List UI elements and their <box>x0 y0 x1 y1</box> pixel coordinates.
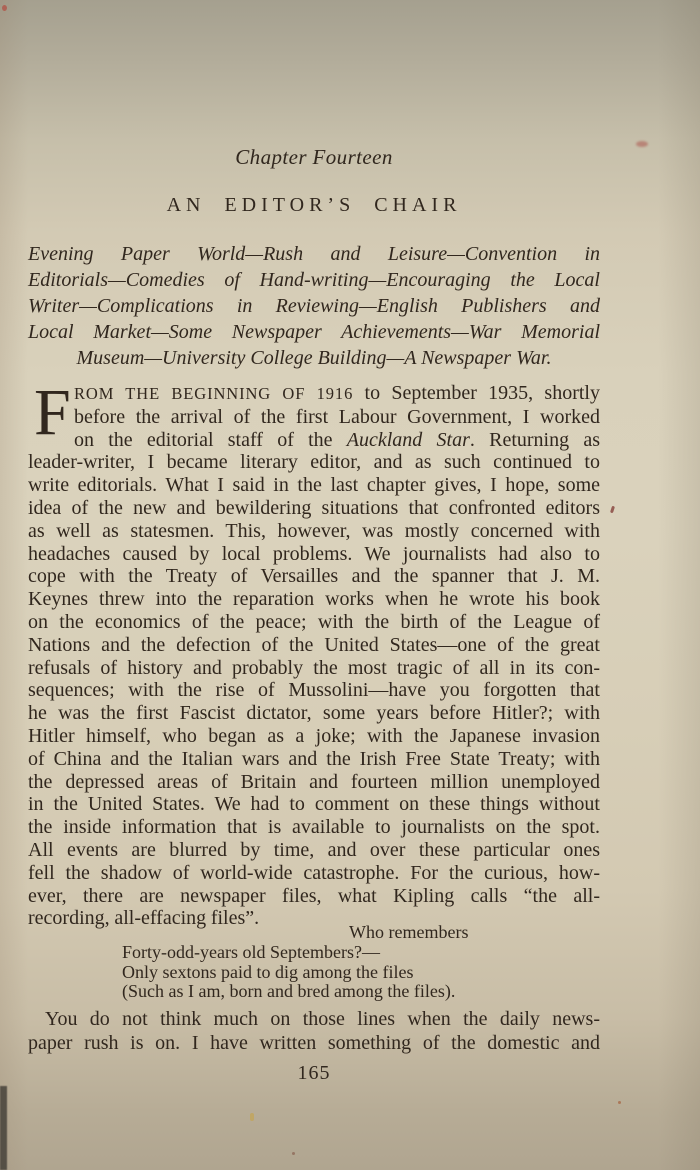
text-line: Editorials—Comedies of Hand-writing—Enco… <box>28 267 600 293</box>
text-line: write editorials. What I said in the las… <box>28 474 600 497</box>
text-segment: Auckland Star <box>347 429 470 451</box>
text-segment: Writer—Complications in Reviewing—Englis… <box>28 295 600 317</box>
text-segment: paper rush is on. I have written somethi… <box>28 1032 600 1054</box>
text-segment: Editorials—Comedies of Hand-writing—Enco… <box>28 269 600 291</box>
text-segment: on the economics of the peace; with the … <box>28 611 600 633</box>
drop-cap-letter: F <box>34 383 71 443</box>
text-segment: he was the first Fascist dictator, some … <box>28 702 600 724</box>
binding-shadow <box>0 1086 7 1170</box>
page-number: 165 <box>28 1062 600 1085</box>
text-line: Who remembers <box>122 923 562 943</box>
text-segment: write editorials. What I said in the las… <box>28 474 600 496</box>
text-segment: ROM THE BEGINNING OF 1916 <box>74 384 353 403</box>
body-paragraph: F ROM THE BEGINNING OF 1916 to September… <box>28 382 600 930</box>
text-segment: Only sextons paid to dig among the files <box>122 962 413 982</box>
text-segment: the inside information that is available… <box>28 816 600 838</box>
ink-speck <box>2 5 7 11</box>
text-line: idea of the new and bewildering situatio… <box>28 497 600 520</box>
text-line: before the arrival of the first Labour G… <box>28 406 600 429</box>
text-line: on the economics of the peace; with the … <box>28 611 600 634</box>
text-line: ever, there are newspaper files, what Ki… <box>28 885 600 908</box>
body-paragraph-lines: ROM THE BEGINNING OF 1916 to September 1… <box>28 382 600 930</box>
text-segment: Hitler himself, who began as a joke; wit… <box>28 725 600 747</box>
closing-paragraph: You do not think much on those lines whe… <box>28 1008 600 1055</box>
text-line: Hitler himself, who began as a joke; wit… <box>28 725 600 748</box>
text-line: paper rush is on. I have written somethi… <box>28 1032 600 1056</box>
text-line: Forty-odd-years old Septembers?— <box>122 943 562 963</box>
text-line: he was the first Fascist dictator, some … <box>28 702 600 725</box>
text-line: Nations and the defection of the United … <box>28 634 600 657</box>
text-line: fell the shadow of world-wide catastroph… <box>28 862 600 885</box>
ink-speck <box>610 506 615 514</box>
text-segment: Who remembers <box>349 922 468 942</box>
text-line: in the United States. We had to comment … <box>28 793 600 816</box>
text-segment: cope with the Treaty of Versailles and t… <box>28 565 600 587</box>
text-segment: Forty-odd-years old Septembers?— <box>122 942 380 962</box>
text-line: Museum—University College Building—A New… <box>28 345 600 371</box>
text-line: sequences; with the rise of Mussolini—ha… <box>28 679 600 702</box>
ink-speck <box>292 1152 295 1155</box>
text-line: All events are blurred by time, and over… <box>28 839 600 862</box>
text-segment: in the United States. We had to comment … <box>28 793 600 815</box>
text-segment: ever, there are newspaper files, what Ki… <box>28 885 600 907</box>
chapter-heading: Chapter Fourteen <box>28 145 600 170</box>
chapter-title: AN EDITOR’S CHAIR <box>28 194 600 217</box>
text-line: ROM THE BEGINNING OF 1916 to September 1… <box>28 382 600 406</box>
verse-quotation: Who remembersForty-odd-years old Septemb… <box>122 923 562 1002</box>
text-line: Only sextons paid to dig among the files <box>122 963 562 983</box>
text-line: the depressed areas of Britain and fourt… <box>28 771 600 794</box>
chapter-summary: Evening Paper World—Rush and Leisure—Con… <box>28 241 600 371</box>
text-line: Writer—Complications in Reviewing—Englis… <box>28 293 600 319</box>
text-segment: idea of the new and bewildering situatio… <box>28 497 600 519</box>
text-line: of China and the Italian wars and the Ir… <box>28 748 600 771</box>
text-segment: headaches caused by local problems. We j… <box>28 543 600 565</box>
text-segment: of China and the Italian wars and the Ir… <box>28 748 600 770</box>
text-segment: All events are blurred by time, and over… <box>28 839 600 861</box>
text-line: headaches caused by local problems. We j… <box>28 543 600 566</box>
text-segment: to September 1935, shortly <box>353 382 600 404</box>
text-segment: before the arrival of the first Labour G… <box>74 406 600 428</box>
ink-speck <box>250 1113 254 1121</box>
text-segment: Local Market—Some Newspaper Achievements… <box>28 321 600 343</box>
text-segment: . Returning as <box>470 429 600 451</box>
text-segment: leader-writer, I became literary editor,… <box>28 451 600 473</box>
text-line: Local Market—Some Newspaper Achievements… <box>28 319 600 345</box>
text-segment: Nations and the defection of the United … <box>28 634 600 656</box>
ink-speck <box>618 1101 621 1104</box>
text-line: the inside information that is available… <box>28 816 600 839</box>
book-page: Chapter Fourteen AN EDITOR’S CHAIR Eveni… <box>0 0 700 1170</box>
text-segment: refusals of history and probably the mos… <box>28 657 600 679</box>
text-line: as well as statesmen. This, however, was… <box>28 520 600 543</box>
text-line: You do not think much on those lines whe… <box>28 1008 600 1032</box>
text-line: leader-writer, I became literary editor,… <box>28 451 600 474</box>
text-segment: the depressed areas of Britain and fourt… <box>28 771 600 793</box>
text-segment: as well as statesmen. This, however, was… <box>28 520 600 542</box>
text-segment: Museum—University College Building—A New… <box>77 347 552 369</box>
text-segment: sequences; with the rise of Mussolini—ha… <box>28 679 600 701</box>
text-segment: Evening Paper World—Rush and Leisure—Con… <box>28 243 600 265</box>
text-segment: (Such as I am, born and bred among the f… <box>122 981 455 1001</box>
text-segment: You do not think much on those lines whe… <box>45 1008 600 1030</box>
ink-speck <box>636 141 648 147</box>
text-line: refusals of history and probably the mos… <box>28 657 600 680</box>
text-line: cope with the Treaty of Versailles and t… <box>28 565 600 588</box>
text-segment: Keynes threw into the reparation works w… <box>28 588 600 610</box>
text-line: on the editorial staff of the Auckland S… <box>28 429 600 452</box>
text-line: (Such as I am, born and bred among the f… <box>122 982 562 1002</box>
text-segment: fell the shadow of world-wide catastroph… <box>28 862 600 884</box>
text-line: Keynes threw into the reparation works w… <box>28 588 600 611</box>
text-line: Evening Paper World—Rush and Leisure—Con… <box>28 241 600 267</box>
text-segment: on the editorial staff of the <box>74 429 347 451</box>
